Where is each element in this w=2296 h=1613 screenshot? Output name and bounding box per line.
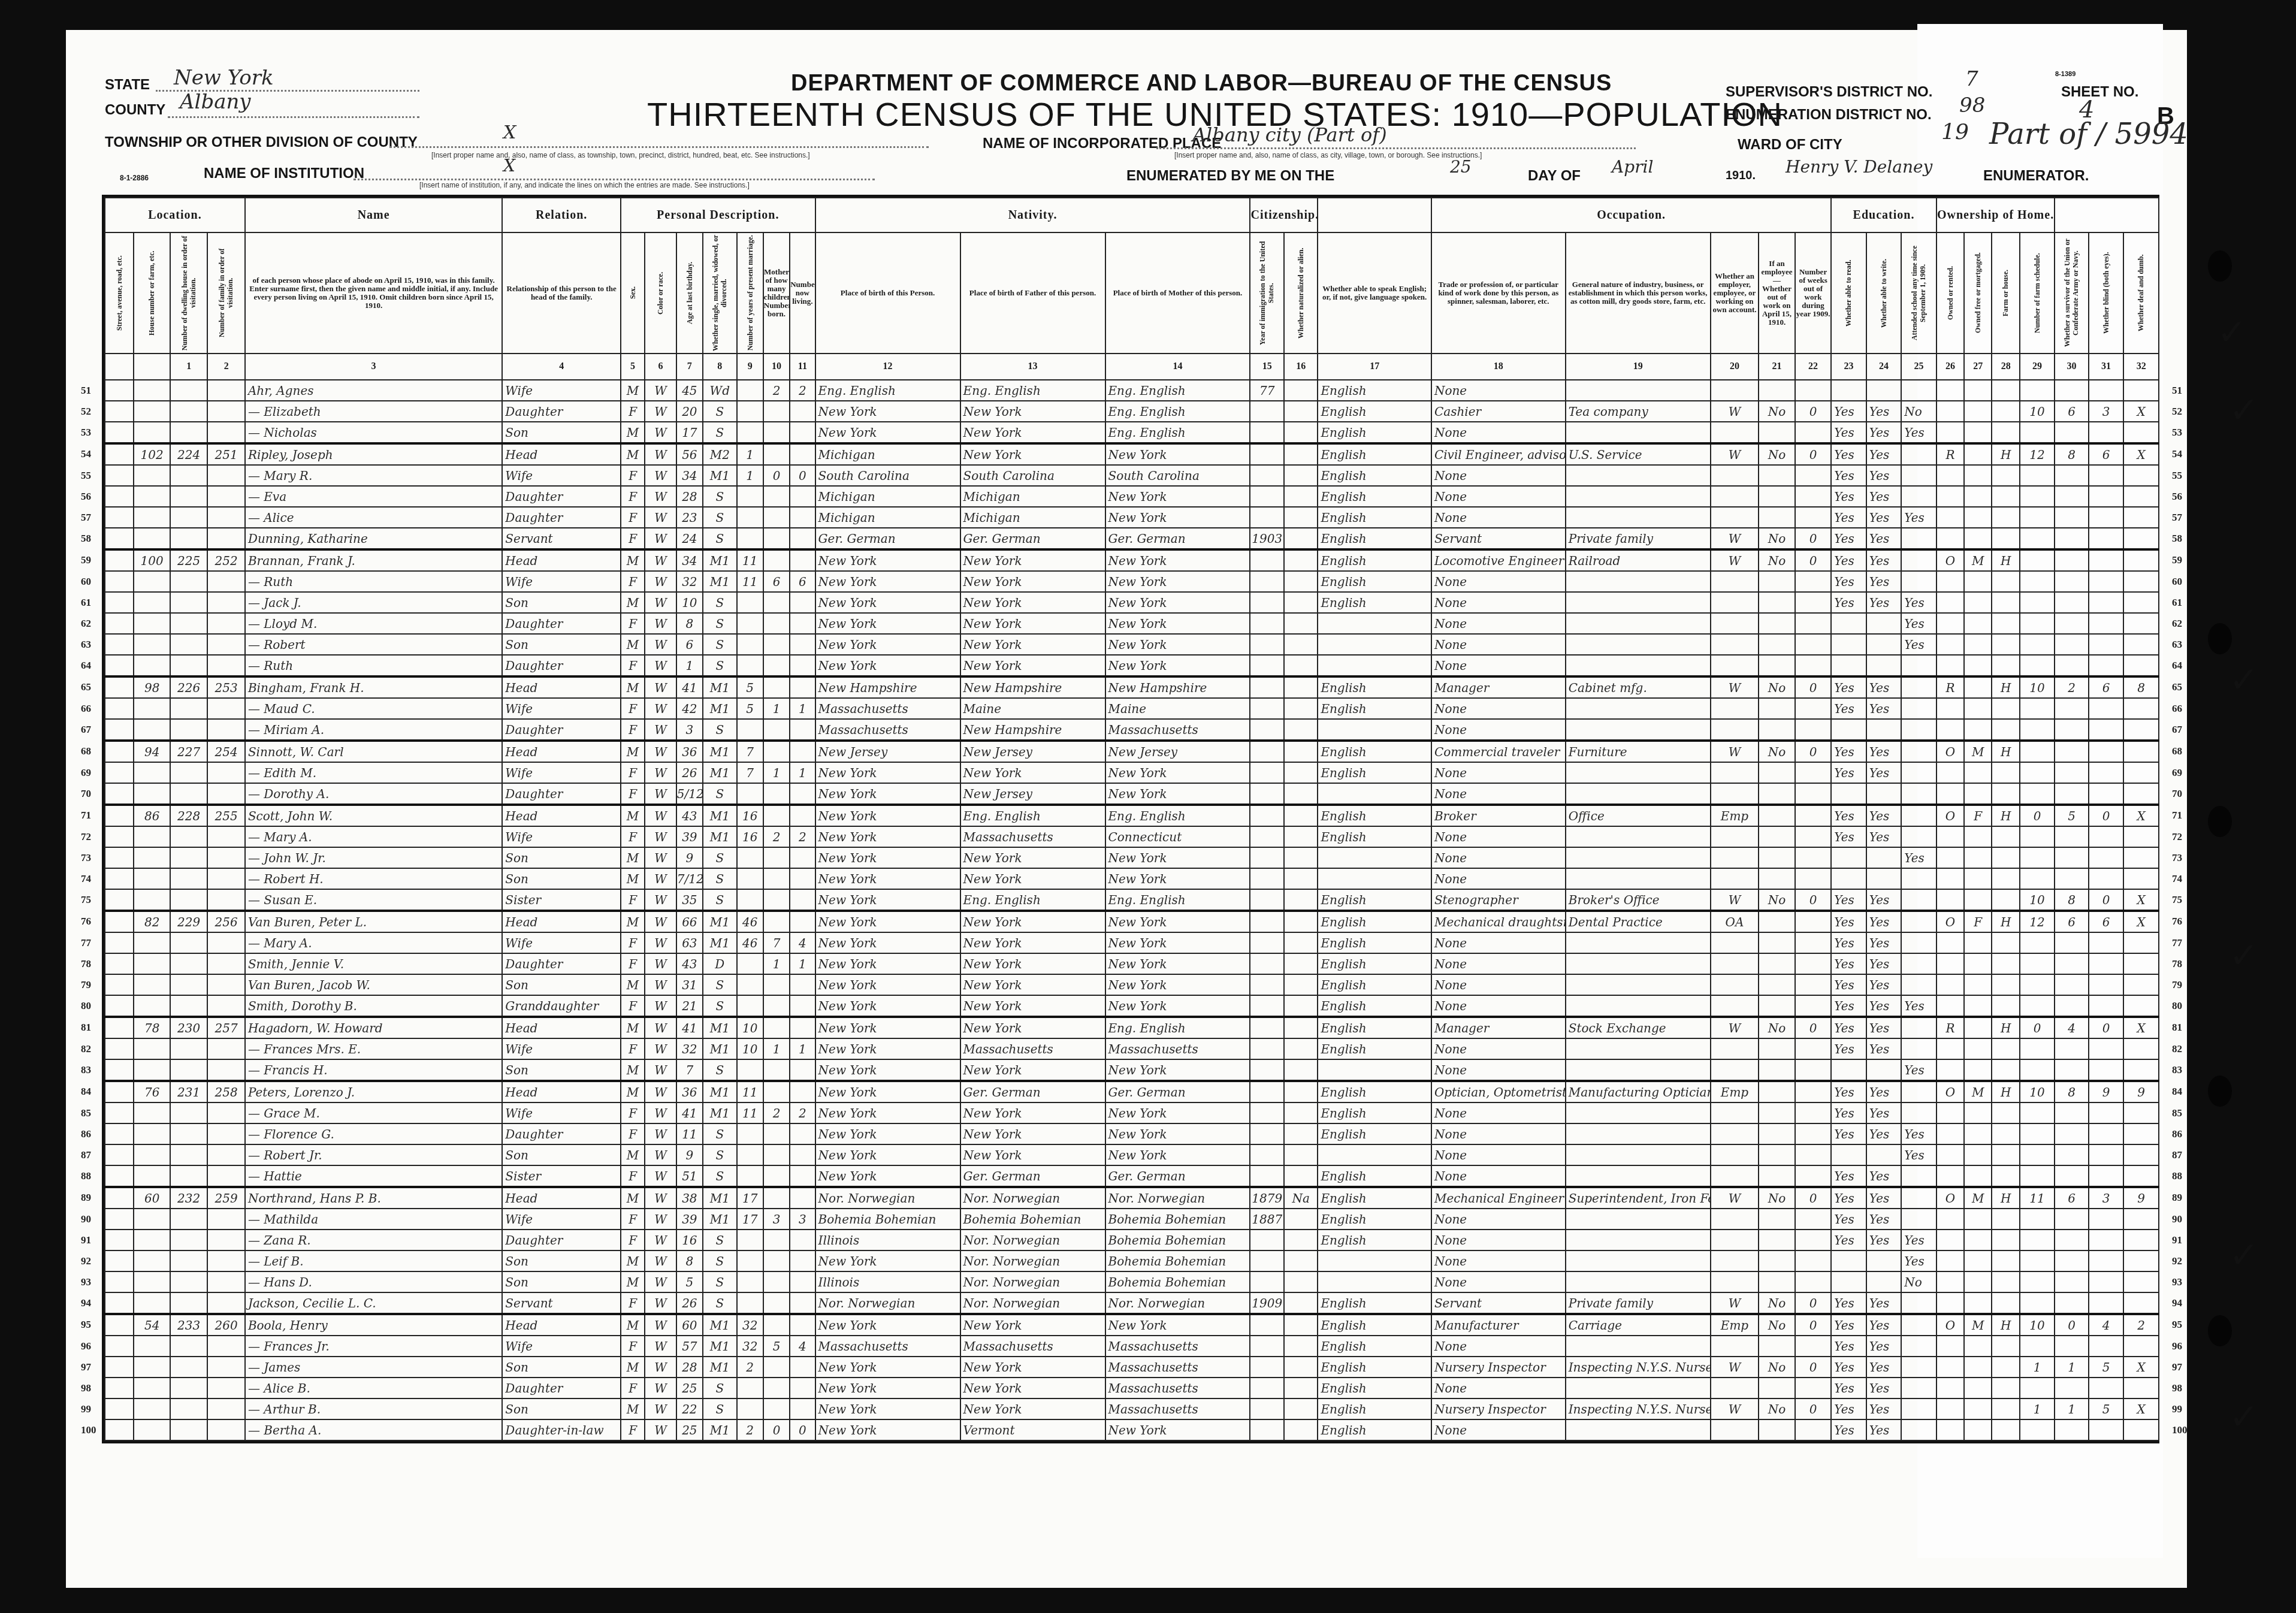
cell-race: W [645,805,676,826]
cell-nat [1284,613,1318,634]
cell-birth: New York [815,995,960,1017]
cell-veteran [2055,719,2088,741]
cell-weeks [1795,762,1832,783]
cell-industry [1566,592,1711,613]
cell-lang: English [1318,762,1431,783]
cell-street [105,698,134,719]
cell-write [1866,1250,1901,1271]
cell-sched [2020,762,2055,783]
cell-father-birth: Nor. Norwegian [960,1292,1105,1314]
cell-relation: Daughter [502,401,621,422]
cell-living [790,1378,815,1398]
cell-race: W [645,1230,676,1250]
cell-read: Yes [1831,1081,1866,1102]
cell-relation: Son [502,422,621,443]
cell-mother-birth: New York [1105,1102,1250,1123]
cell-street [105,995,134,1017]
cell-father-birth: Nor. Norwegian [960,1271,1105,1292]
cell-family [207,974,245,995]
cell-family [207,889,245,911]
cell-years-married [737,847,763,868]
cell-sched [2020,1102,2055,1123]
cell-farm: H [1992,1081,2019,1102]
cell-marital: S [703,1165,736,1187]
cell-school: Yes [1901,847,1936,868]
cell-trade: None [1431,592,1566,613]
cell-write [1866,634,1901,655]
cell-years-married: 1 [737,443,763,465]
line-number: 74 [81,873,91,885]
cell-industry [1566,719,1711,741]
county-line [168,116,419,118]
cell-birth: New York [815,1059,960,1081]
cell-out [1759,1271,1794,1292]
cell-deaf [2123,1250,2159,1271]
cell-dwelling [170,613,208,634]
cell-dwelling [170,995,208,1017]
cell-nat [1284,1165,1318,1187]
column-description: Whether deaf and dumb. [2123,232,2159,354]
cell-sched [2020,1250,2055,1271]
cell-immig [1250,1314,1283,1336]
cell-age: 7 [676,1059,703,1081]
cell-mortg [1964,1230,1992,1250]
cell-veteran [2055,847,2088,868]
cell-mother-birth: New York [1105,995,1250,1017]
column-number: 5 [621,354,645,380]
column-group-header: Location. [105,198,245,232]
column-description: Color or race. [645,232,676,354]
column-description: Whether single, married, widowed, or div… [703,232,736,354]
line-number: 74 [2172,873,2182,885]
cell-marital: S [703,592,736,613]
cell-emp [1711,1230,1759,1250]
line-number: 58 [2172,533,2182,545]
cell-house [134,528,170,549]
cell-marital: S [703,995,736,1017]
cell-trade: None [1431,1250,1566,1271]
cell-out [1759,1059,1794,1081]
column-description: If an employee—Whether out of work on Ap… [1759,232,1794,354]
cell-school: Yes [1901,995,1936,1017]
table-row: — Alice B.DaughterFW25SNew YorkNew YorkM… [105,1378,2159,1398]
cell-marital: M1 [703,676,736,698]
cell-marital: M1 [703,571,736,592]
cell-years-married [737,889,763,911]
cell-farm [1992,868,2019,889]
cell-owned [1937,762,1964,783]
cell-blind [2089,528,2123,549]
cell-relation: Son [502,1250,621,1271]
cell-house [134,698,170,719]
cell-blind [2089,1336,2123,1357]
cell-age: 41 [676,1102,703,1123]
cell-sched [2020,932,2055,953]
cell-birth: New York [815,1378,960,1398]
column-number: 31 [2089,354,2123,380]
cell-years-married [737,974,763,995]
cell-mortg: F [1964,805,1992,826]
day-of-label: day of [1528,168,1581,185]
cell-years-married: 32 [737,1314,763,1336]
cell-farm [1992,1230,2019,1250]
cell-weeks: 0 [1795,889,1832,911]
cell-relation: Wife [502,1336,621,1357]
cell-living: 4 [790,1336,815,1357]
line-number: 61 [81,597,91,609]
cell-read: Yes [1831,953,1866,974]
cell-out [1759,571,1794,592]
cell-father-birth: New York [960,1059,1105,1081]
cell-blind [2089,995,2123,1017]
cell-street [105,1336,134,1357]
cell-race: W [645,1314,676,1336]
cell-blind [2089,1102,2123,1123]
cell-owned [1937,1144,1964,1165]
cell-lang: English [1318,741,1431,762]
cell-race: W [645,1187,676,1209]
column-group-header: Education. [1831,198,1936,232]
cell-farm [1992,719,2019,741]
cell-out: No [1759,889,1794,911]
cell-street [105,1250,134,1271]
cell-race: W [645,1038,676,1059]
cell-veteran [2055,1419,2088,1440]
cell-race: W [645,613,676,634]
cell-marital: M1 [703,826,736,847]
cell-years-married: 11 [737,571,763,592]
cell-family [207,1336,245,1357]
cell-sched: 12 [2020,443,2055,465]
cell-school [1901,1378,1936,1398]
cell-weeks: 0 [1795,1314,1832,1336]
cell-living [790,719,815,741]
cell-age: 39 [676,1209,703,1230]
cell-family: 259 [207,1187,245,1209]
cell-born [763,507,790,528]
cell-school [1901,953,1936,974]
cell-nat [1284,1102,1318,1123]
cell-deaf [2123,528,2159,549]
cell-dwelling [170,1102,208,1123]
cell-deaf: X [2123,401,2159,422]
cell-weeks [1795,868,1832,889]
cell-house [134,868,170,889]
cell-years-married: 11 [737,549,763,571]
table-row: — Bertha A.Daughter-in-lawFW25M1200New Y… [105,1419,2159,1440]
cell-living [790,549,815,571]
table-row: — ElizabethDaughterFW20SNew YorkNew York… [105,401,2159,422]
census-table: Location.NameRelation.Personal Descripti… [104,197,2159,1441]
cell-birth: New York [815,1038,960,1059]
column-description: Owned or rented. [1937,232,1964,354]
cell-mother-birth: New York [1105,1314,1250,1336]
cell-emp [1711,1378,1759,1398]
column-description: Number of weeks out of work during year … [1795,232,1832,354]
cell-born [763,486,790,507]
cell-mother-birth: Massachusetts [1105,719,1250,741]
cell-weeks [1795,995,1832,1017]
line-number: 70 [81,788,91,800]
cell-birth: New Jersey [815,741,960,762]
cell-birth: New York [815,613,960,634]
cell-years-married [737,634,763,655]
cell-years-married: 16 [737,826,763,847]
check-mark-icon: ✓ [2229,1234,2259,1276]
cell-trade: None [1431,422,1566,443]
cell-industry [1566,868,1711,889]
cell-age: 41 [676,676,703,698]
cell-read: Yes [1831,1398,1866,1419]
cell-age: 25 [676,1419,703,1440]
table-row: — Arthur B.SonMW22SNew YorkNew YorkMassa… [105,1398,2159,1419]
cell-trade: None [1431,655,1566,676]
cell-born [763,805,790,826]
cell-farm [1992,465,2019,486]
cell-race: W [645,443,676,465]
cell-name: Bingham, Frank H. [245,676,502,698]
cell-weeks [1795,911,1832,932]
cell-birth: New York [815,1357,960,1378]
cell-years-married [737,783,763,805]
cell-lang: English [1318,953,1431,974]
cell-marital: M1 [703,465,736,486]
cell-blind [2089,1230,2123,1250]
cell-years-married: 10 [737,1038,763,1059]
cell-industry [1566,634,1711,655]
cell-birth: Michigan [815,443,960,465]
cell-birth: New York [815,655,960,676]
cell-farm [1992,783,2019,805]
cell-nat: Na [1284,1187,1318,1209]
line-number: 82 [2172,1043,2182,1055]
cell-age: 6 [676,634,703,655]
cell-mother-birth: Bohemia Bohemian [1105,1230,1250,1250]
cell-write: Yes [1866,1419,1901,1440]
cell-marital: S [703,868,736,889]
cell-trade: None [1431,1378,1566,1398]
cell-write: Yes [1866,953,1901,974]
column-group-header: Ownership of Home. [1937,198,2055,232]
cell-house [134,1398,170,1419]
line-number: 89 [2172,1192,2182,1204]
cell-emp: W [1711,741,1759,762]
cell-mortg [1964,592,1992,613]
cell-mortg: M [1964,549,1992,571]
cell-relation: Son [502,1059,621,1081]
cell-sex: F [621,507,645,528]
cell-nat [1284,1230,1318,1250]
cell-weeks [1795,507,1832,528]
cell-veteran [2055,1336,2088,1357]
cell-nat [1284,380,1318,401]
column-number [134,354,170,380]
cell-blind [2089,1292,2123,1314]
cell-street [105,826,134,847]
cell-trade: None [1431,698,1566,719]
line-number: 64 [81,660,91,672]
cell-father-birth: New York [960,443,1105,465]
cell-industry: Cabinet mfg. [1566,676,1711,698]
line-number: 88 [81,1170,91,1182]
cell-living [790,528,815,549]
cell-deaf: 9 [2123,1081,2159,1102]
cell-years-married [737,719,763,741]
cell-trade: None [1431,1271,1566,1292]
cell-veteran [2055,698,2088,719]
cell-family [207,868,245,889]
cell-years-married: 7 [737,741,763,762]
cell-deaf [2123,380,2159,401]
cell-years-married [737,380,763,401]
line-number: 79 [2172,979,2182,991]
column-number: 1 [170,354,208,380]
cell-age: 57 [676,1336,703,1357]
cell-dwelling [170,634,208,655]
line-number: 65 [2172,681,2182,693]
cell-age: 8 [676,1250,703,1271]
cell-living [790,1059,815,1081]
cell-name: — Bertha A. [245,1419,502,1440]
cell-immig [1250,698,1283,719]
ward-value: 19 [1941,120,1969,144]
cell-relation: Wife [502,762,621,783]
cell-deaf: X [2123,805,2159,826]
cell-years-married [737,613,763,634]
cell-years-married [737,1378,763,1398]
cell-blind: 0 [2089,889,2123,911]
cell-nat [1284,741,1318,762]
cell-sched [2020,571,2055,592]
cell-name: Northrand, Hans P. B. [245,1187,502,1209]
cell-owned: O [1937,741,1964,762]
line-number: 97 [81,1361,91,1373]
cell-mortg [1964,995,1992,1017]
column-number: 17 [1318,354,1431,380]
cell-name: — Dorothy A. [245,783,502,805]
cell-race: W [645,676,676,698]
line-number: 51 [81,385,91,397]
cell-race: W [645,868,676,889]
cell-sex: F [621,1336,645,1357]
cell-weeks [1795,1209,1832,1230]
cell-read: Yes [1831,528,1866,549]
cell-race: W [645,401,676,422]
cell-born: 1 [763,953,790,974]
cell-sched [2020,422,2055,443]
population-schedule-table: Location.NameRelation.Personal Descripti… [102,195,2159,1443]
table-row: — Leif B.SonMW8SNew YorkNor. NorwegianBo… [105,1250,2159,1271]
cell-street [105,762,134,783]
cell-dwelling [170,1292,208,1314]
supervisor-value: 7 [1965,67,1978,91]
cell-nat [1284,868,1318,889]
cell-deaf [2123,1230,2159,1250]
cell-race: W [645,1165,676,1187]
cell-blind [2089,1378,2123,1398]
cell-mortg [1964,486,1992,507]
line-number: 60 [2172,576,2182,588]
cell-name: — Miriam A. [245,719,502,741]
cell-living [790,1165,815,1187]
cell-farm [1992,1102,2019,1123]
table-row: 82229256Van Buren, Peter L.HeadMW66M146N… [105,911,2159,932]
cell-weeks: 0 [1795,741,1832,762]
cell-sched [2020,1230,2055,1250]
table-row: — JamesSonMW28M12New YorkNew YorkMassach… [105,1357,2159,1378]
cell-sched [2020,974,2055,995]
cell-veteran: 8 [2055,1081,2088,1102]
cell-street [105,805,134,826]
table-row: — Grace M.WifeFW41M11122New YorkNew York… [105,1102,2159,1123]
cell-industry [1566,380,1711,401]
cell-trade: Servant [1431,1292,1566,1314]
cell-marital: S [703,528,736,549]
cell-sex: M [621,1187,645,1209]
cell-marital: M1 [703,1314,736,1336]
cell-owned [1937,974,1964,995]
cell-out [1759,1419,1794,1440]
cell-out [1759,1038,1794,1059]
cell-immig [1250,1419,1283,1440]
line-number: 55 [81,470,91,482]
cell-immig [1250,571,1283,592]
cell-sex: F [621,465,645,486]
cell-name: — Mary R. [245,465,502,486]
cell-street [105,1271,134,1292]
cell-mortg [1964,1165,1992,1187]
cell-living: 6 [790,571,815,592]
column-number: 27 [1964,354,1992,380]
cell-industry [1566,783,1711,805]
incorporated-place-label: Name of incorporated place [983,135,1221,152]
cell-marital: M1 [703,1419,736,1440]
cell-sched [2020,826,2055,847]
cell-out: No [1759,741,1794,762]
cell-age: 32 [676,571,703,592]
cell-read [1831,1250,1866,1271]
ward-label: Ward of city [1738,137,1842,153]
cell-birth: New York [815,549,960,571]
line-number: 92 [81,1255,91,1267]
column-number: 13 [960,354,1105,380]
cell-name: Smith, Jennie V. [245,953,502,974]
cell-father-birth: New York [960,655,1105,676]
cell-blind: 3 [2089,1187,2123,1209]
cell-father-birth: Maine [960,698,1105,719]
cell-lang [1318,783,1431,805]
cell-race: W [645,1271,676,1292]
cell-write: Yes [1866,1230,1901,1250]
line-number: 62 [2172,618,2182,630]
cell-race: W [645,592,676,613]
cell-write: Yes [1866,762,1901,783]
cell-family [207,698,245,719]
cell-name: Brannan, Frank J. [245,549,502,571]
table-row: — Mary A.WifeFW63M14674New YorkNew YorkN… [105,932,2159,953]
cell-read: Yes [1831,889,1866,911]
cell-deaf: X [2123,911,2159,932]
cell-write [1866,719,1901,741]
table-row: — Frances Mrs. E.WifeFW32M11011New YorkM… [105,1038,2159,1059]
cell-lang: English [1318,1017,1431,1038]
institution-hint: [Insert name of institution, if any, and… [419,181,750,189]
cell-years-married [737,401,763,422]
cell-deaf [2123,549,2159,571]
cell-weeks [1795,932,1832,953]
cell-trade: Commercial traveler [1431,741,1566,762]
cell-sex: M [621,741,645,762]
